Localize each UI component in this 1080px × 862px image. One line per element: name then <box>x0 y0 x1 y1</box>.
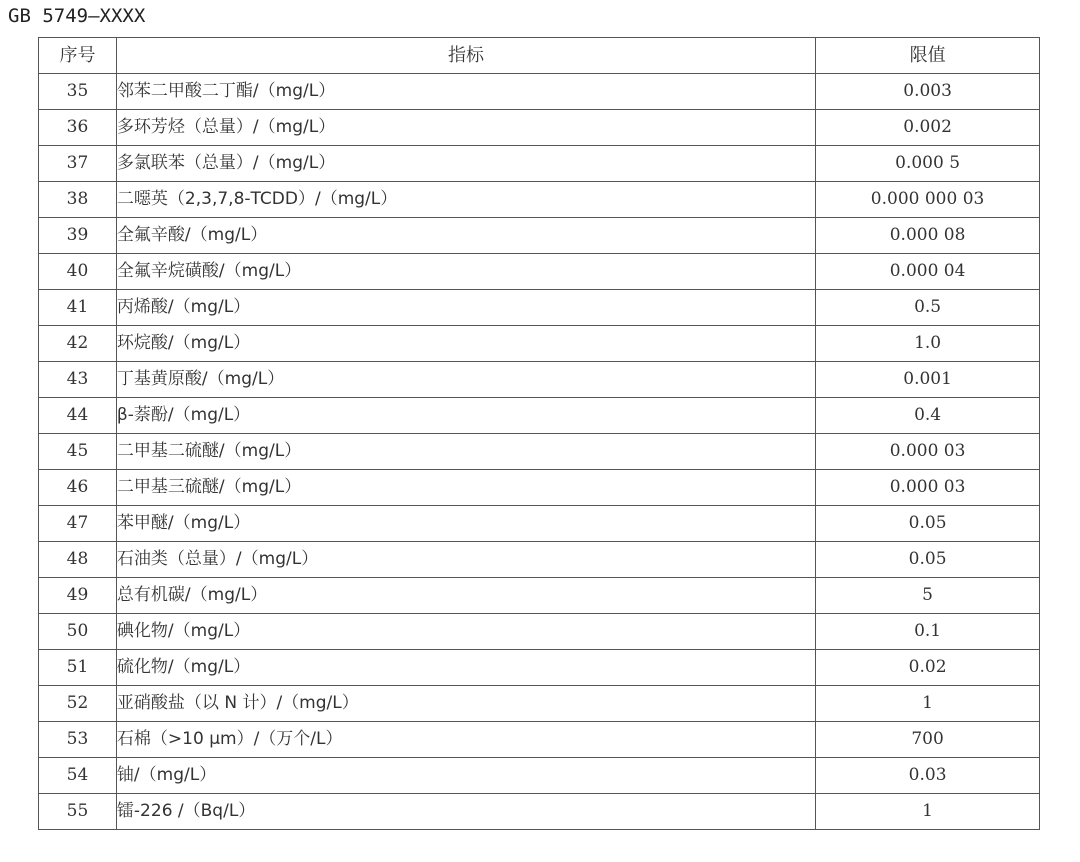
indicator-cell: 多氯联苯（总量）/（mg/L） <box>116 146 815 182</box>
indicator-cell: 二噁英（2,3,7,8-TCDD）/（mg/L） <box>116 182 815 218</box>
serial-number-cell: 36 <box>39 110 117 146</box>
limit-value-cell: 5 <box>816 578 1040 614</box>
indicator-cell: 铀/（mg/L） <box>116 758 815 794</box>
serial-number-cell: 45 <box>39 434 117 470</box>
indicator-cell: 二甲基二硫醚/（mg/L） <box>116 434 815 470</box>
table-row: 50碘化物/（mg/L）0.1 <box>39 614 1040 650</box>
indicator-cell: β-萘酚/（mg/L） <box>116 398 815 434</box>
limit-value-cell: 0.002 <box>816 110 1040 146</box>
limit-value-cell: 0.05 <box>816 542 1040 578</box>
table-row: 52亚硝酸盐（以 N 计）/（mg/L）1 <box>39 686 1040 722</box>
limit-value-cell: 0.5 <box>816 290 1040 326</box>
indicator-cell: 碘化物/（mg/L） <box>116 614 815 650</box>
table-row: 53石棉（>10 μm）/（万个/L）700 <box>39 722 1040 758</box>
table-row: 37多氯联苯（总量）/（mg/L）0.000 5 <box>39 146 1040 182</box>
serial-number-cell: 40 <box>39 254 117 290</box>
serial-number-cell: 41 <box>39 290 117 326</box>
limit-value-cell: 0.4 <box>816 398 1040 434</box>
indicator-cell: 苯甲醚/（mg/L） <box>116 506 815 542</box>
limit-value-cell: 0.000 5 <box>816 146 1040 182</box>
indicator-cell: 环烷酸/（mg/L） <box>116 326 815 362</box>
serial-number-cell: 48 <box>39 542 117 578</box>
indicator-cell: 全氟辛酸/（mg/L） <box>116 218 815 254</box>
limit-value-cell: 0.003 <box>816 74 1040 110</box>
table-row: 51硫化物/（mg/L）0.02 <box>39 650 1040 686</box>
limit-value-cell: 0.000 04 <box>816 254 1040 290</box>
column-header-serial-number: 序号 <box>39 38 117 74</box>
table-row: 48石油类（总量）/（mg/L）0.05 <box>39 542 1040 578</box>
serial-number-cell: 37 <box>39 146 117 182</box>
table-header-row: 序号 指标 限值 <box>39 38 1040 74</box>
serial-number-cell: 35 <box>39 74 117 110</box>
table-body: 35邻苯二甲酸二丁酯/（mg/L）0.00336多环芳烃（总量）/（mg/L）0… <box>39 74 1040 830</box>
indicator-cell: 亚硝酸盐（以 N 计）/（mg/L） <box>116 686 815 722</box>
table-row: 44β-萘酚/（mg/L）0.4 <box>39 398 1040 434</box>
table-row: 39全氟辛酸/（mg/L）0.000 08 <box>39 218 1040 254</box>
indicator-cell: 镭-226 /（Bq/L） <box>116 794 815 830</box>
serial-number-cell: 47 <box>39 506 117 542</box>
table-row: 47苯甲醚/（mg/L）0.05 <box>39 506 1040 542</box>
table-row: 46二甲基三硫醚/（mg/L）0.000 03 <box>39 470 1040 506</box>
indicator-cell: 二甲基三硫醚/（mg/L） <box>116 470 815 506</box>
table-row: 49总有机碳/（mg/L）5 <box>39 578 1040 614</box>
indicator-cell: 总有机碳/（mg/L） <box>116 578 815 614</box>
document-standard-number: GB 5749—XXXX <box>8 4 145 28</box>
water-quality-limits-table: 序号 指标 限值 35邻苯二甲酸二丁酯/（mg/L）0.00336多环芳烃（总量… <box>38 37 1040 830</box>
table-row: 54铀/（mg/L）0.03 <box>39 758 1040 794</box>
indicator-cell: 石棉（>10 μm）/（万个/L） <box>116 722 815 758</box>
indicator-cell: 邻苯二甲酸二丁酯/（mg/L） <box>116 74 815 110</box>
limit-value-cell: 700 <box>816 722 1040 758</box>
serial-number-cell: 49 <box>39 578 117 614</box>
serial-number-cell: 51 <box>39 650 117 686</box>
column-header-indicator: 指标 <box>116 38 815 74</box>
serial-number-cell: 38 <box>39 182 117 218</box>
limit-value-cell: 1.0 <box>816 326 1040 362</box>
table-row: 55镭-226 /（Bq/L）1 <box>39 794 1040 830</box>
column-header-limit: 限值 <box>816 38 1040 74</box>
limit-value-cell: 0.000 03 <box>816 434 1040 470</box>
limit-value-cell: 1 <box>816 794 1040 830</box>
table-row: 42环烷酸/（mg/L）1.0 <box>39 326 1040 362</box>
serial-number-cell: 46 <box>39 470 117 506</box>
serial-number-cell: 52 <box>39 686 117 722</box>
indicator-cell: 硫化物/（mg/L） <box>116 650 815 686</box>
limit-value-cell: 0.02 <box>816 650 1040 686</box>
limit-value-cell: 0.001 <box>816 362 1040 398</box>
serial-number-cell: 53 <box>39 722 117 758</box>
limit-value-cell: 1 <box>816 686 1040 722</box>
serial-number-cell: 39 <box>39 218 117 254</box>
table-row: 43丁基黄原酸/（mg/L）0.001 <box>39 362 1040 398</box>
indicator-cell: 全氟辛烷磺酸/（mg/L） <box>116 254 815 290</box>
limit-value-cell: 0.000 000 03 <box>816 182 1040 218</box>
limit-value-cell: 0.000 03 <box>816 470 1040 506</box>
table-row: 40全氟辛烷磺酸/（mg/L）0.000 04 <box>39 254 1040 290</box>
table-row: 35邻苯二甲酸二丁酯/（mg/L）0.003 <box>39 74 1040 110</box>
limit-value-cell: 0.03 <box>816 758 1040 794</box>
serial-number-cell: 55 <box>39 794 117 830</box>
serial-number-cell: 43 <box>39 362 117 398</box>
serial-number-cell: 42 <box>39 326 117 362</box>
indicator-cell: 多环芳烃（总量）/（mg/L） <box>116 110 815 146</box>
indicator-cell: 丁基黄原酸/（mg/L） <box>116 362 815 398</box>
serial-number-cell: 44 <box>39 398 117 434</box>
serial-number-cell: 54 <box>39 758 117 794</box>
table-row: 45二甲基二硫醚/（mg/L）0.000 03 <box>39 434 1040 470</box>
limit-value-cell: 0.1 <box>816 614 1040 650</box>
table-row: 38二噁英（2,3,7,8-TCDD）/（mg/L）0.000 000 03 <box>39 182 1040 218</box>
serial-number-cell: 50 <box>39 614 117 650</box>
indicator-cell: 丙烯酸/（mg/L） <box>116 290 815 326</box>
indicator-cell: 石油类（总量）/（mg/L） <box>116 542 815 578</box>
table-row: 36多环芳烃（总量）/（mg/L）0.002 <box>39 110 1040 146</box>
limit-value-cell: 0.05 <box>816 506 1040 542</box>
limit-value-cell: 0.000 08 <box>816 218 1040 254</box>
table-row: 41丙烯酸/（mg/L）0.5 <box>39 290 1040 326</box>
